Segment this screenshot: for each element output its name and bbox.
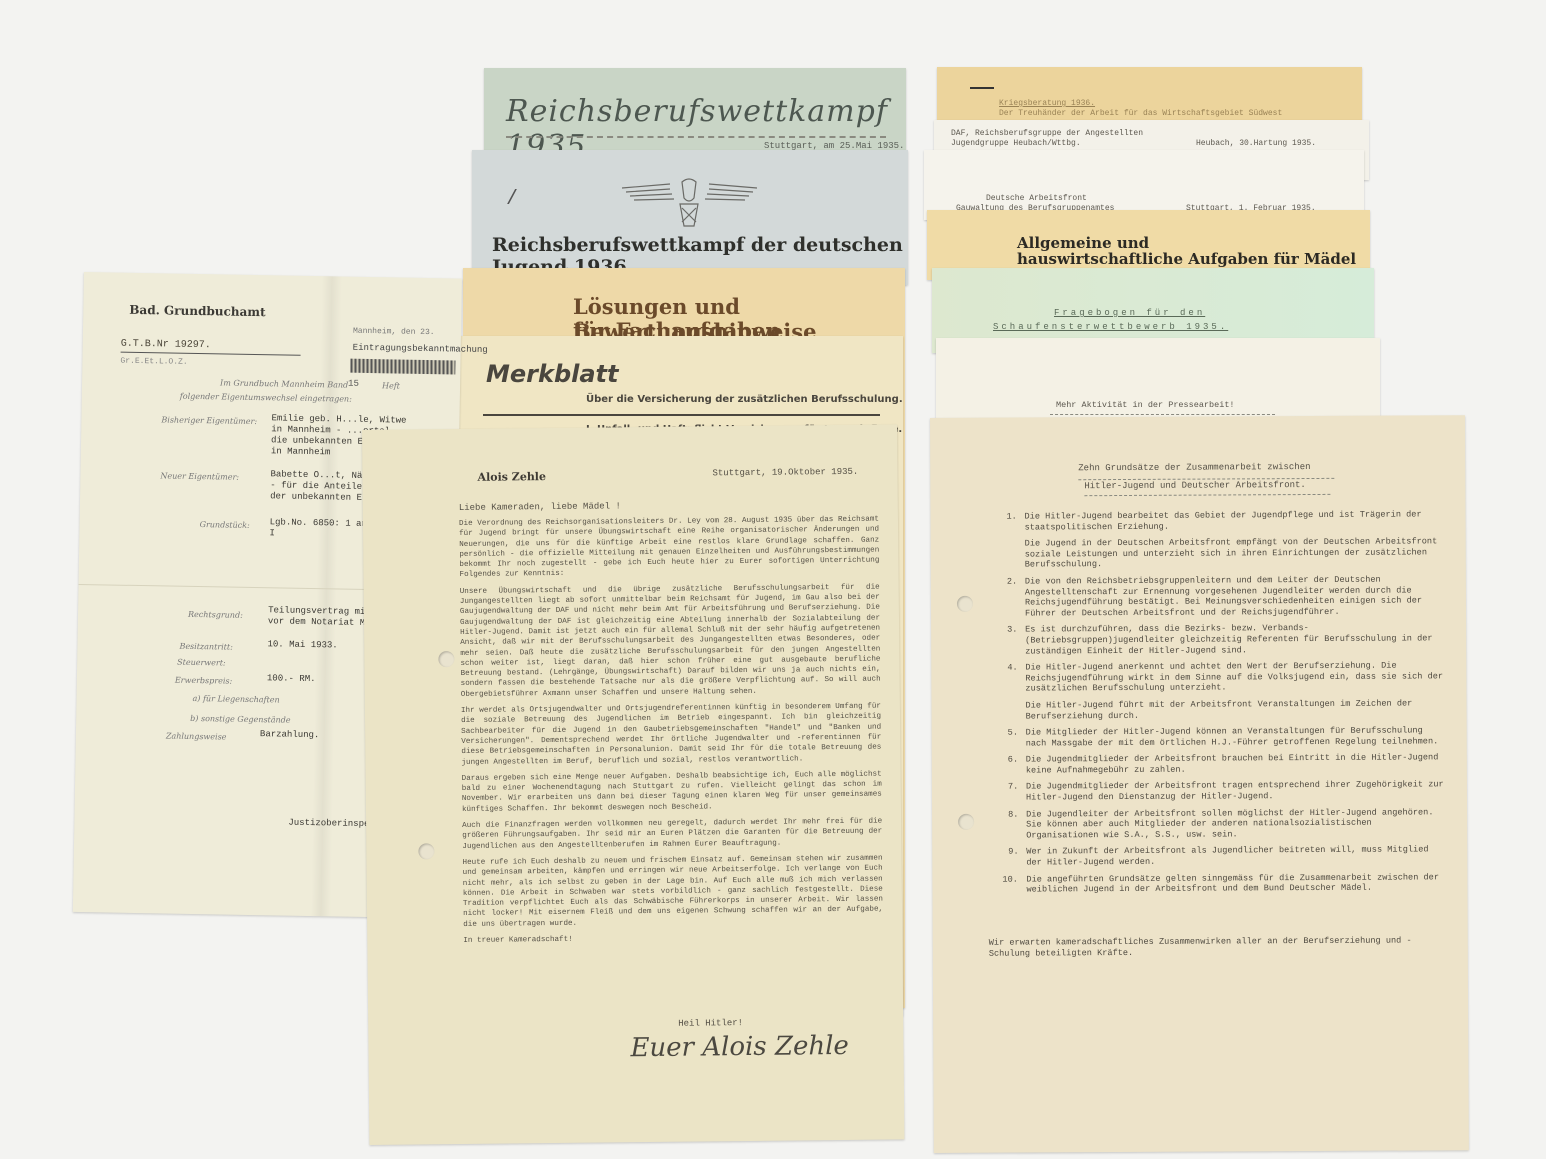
- field-row: Rechtsgrund: Teilungsvertrag mit Auf vor…: [84, 272, 462, 279]
- place-date: Stuttgart, 19.Oktober 1935.: [712, 467, 858, 479]
- field-value: Barzahlung.: [260, 729, 320, 740]
- field-row: Zahlungsweise Barzahlung.: [84, 272, 462, 279]
- title-line-1: Fragebogen für den: [1054, 308, 1205, 318]
- paragraph: Unsere Übungswirtschaft und die übrige z…: [460, 582, 881, 700]
- reference-number: G.T.B.Nr 19297.: [121, 339, 301, 356]
- document-pressearbeit: Mehr Aktivität in der Pressearbeit!: [936, 338, 1380, 428]
- field-label: Bisheriger Eigentümer:: [161, 415, 257, 426]
- item-text: Die Hitler-Jugend bearbeitet das Gebiet …: [1024, 509, 1446, 532]
- item-text: Es ist durchzuführen, dass die Bezirks- …: [1025, 623, 1447, 657]
- field-label: Grundstück:: [200, 520, 250, 530]
- subtitle: Über die Versicherung der zusätzlichen B…: [586, 394, 903, 405]
- field-row: Besitzantritt: 10. Mai 1933.: [84, 272, 462, 279]
- field-row: Erwerbspreis: 100.- RM.: [84, 272, 462, 279]
- title-line-2: Schaufensterwettbewerb 1935.: [993, 322, 1228, 332]
- item-extra: Die Hitler-Jugend führt mit der Arbeitsf…: [1025, 698, 1447, 721]
- field-row: Grundstück: Lgb.No. 6850: 1 ar 98 q I: [84, 272, 462, 279]
- principle-item: 7. Die Jugendmitglieder der Arbeitsfront…: [1008, 780, 1448, 803]
- item-number: 7.: [1008, 782, 1026, 803]
- item-number: 9.: [1008, 847, 1026, 868]
- sender-line-1: Deutsche Arbeitsfront: [986, 194, 1087, 203]
- paragraph: Daraus ergeben sich eine Menge neuer Auf…: [462, 769, 882, 815]
- sender: Alois Zehle: [477, 470, 546, 484]
- item-text: Die Jugendleiter der Arbeitsfront sollen…: [1026, 807, 1448, 841]
- stamp-block: [350, 359, 455, 375]
- item-number: 5.: [1008, 728, 1026, 749]
- signature: Euer Alois Zehle: [630, 1031, 849, 1063]
- intro-line-2: folgender Eigentumswechsel eingetragen:: [180, 392, 352, 404]
- item-number: 6.: [1008, 755, 1026, 776]
- pencil-mark: [970, 87, 994, 89]
- heading: Kriegsberatung 1936.: [999, 99, 1095, 108]
- pencil-mark: /: [506, 188, 518, 211]
- title-line-1: Zehn Grundsätze der Zusammenarbeit zwisc…: [1078, 462, 1310, 473]
- item-text: Die angeführten Grundsätze gelten sinnge…: [1026, 872, 1448, 895]
- title-line-2: hauswirtschaftliche Aufgaben für Mädel: [1017, 250, 1356, 268]
- item-text: Die Hitler-Jugend anerkennt und achtet d…: [1025, 660, 1447, 694]
- title-underline: [1050, 414, 1275, 415]
- punch-hole: [957, 596, 973, 612]
- date-label: Mannheim, den 23.: [353, 327, 435, 337]
- principle-item: 1. Die Hitler-Jugend bearbeitet das Gebi…: [1006, 509, 1446, 570]
- field-label: b) sonstige Gegenstände: [190, 714, 291, 725]
- principle-item: 9. Wer in Zukunft der Arbeitsfront als J…: [1008, 845, 1448, 868]
- closing-statement: Wir erwarten kameradschaftliches Zusamme…: [989, 935, 1449, 959]
- item-text: Die Jugendmitglieder der Arbeitsfront br…: [1026, 753, 1448, 776]
- document-title: Merkblatt: [486, 360, 619, 388]
- notice-title: Eintragungsbekanntmachung: [353, 343, 488, 355]
- paragraph: Ihr werdet als Ortsjugendwalter und Orts…: [461, 702, 882, 768]
- title-divider: [1084, 494, 1330, 496]
- letter-body: Die Verordnung des Reichsorganisationsle…: [459, 515, 884, 953]
- principle-item: 10. Die angeführten Grundsätze gelten si…: [1008, 872, 1448, 895]
- document-rbwk-1936: / Reichsberufswettkampf der deutschen Ju…: [472, 150, 908, 285]
- field-label: a) für Liegenschaften: [192, 694, 279, 705]
- field-row: Bisheriger Eigentümer: Emilie geb. H...l…: [84, 272, 462, 279]
- item-number: 4.: [1007, 663, 1025, 722]
- title-line-2: Hitler-Jugend und Deutscher Arbeitsfront…: [1084, 480, 1305, 491]
- reference-sub: Gr.E.Et.L.O.Z.: [120, 357, 187, 367]
- field-row: Neuer Eigentümer: Babette O...t, Näher -…: [84, 272, 462, 279]
- item-number: 8.: [1008, 809, 1026, 841]
- item-text: Die von den Reichsbetriebsgruppenleitern…: [1025, 574, 1447, 619]
- principles-list: 1. Die Hitler-Jugend bearbeitet das Gebi…: [1006, 509, 1448, 901]
- field-value: 10. Mai 1933.: [267, 639, 337, 650]
- sender-line-2: Jugendgruppe Heubach/Wttbg.: [951, 139, 1081, 148]
- punch-hole: [958, 814, 974, 830]
- office-name: Bad. Grundbuchamt: [129, 303, 265, 319]
- principle-item: 4. Die Hitler-Jugend anerkennt und achte…: [1007, 660, 1447, 721]
- item-number: 3.: [1007, 625, 1025, 657]
- heft-label: Heft: [382, 381, 400, 390]
- item-text: Wer in Zukunft der Arbeitsfront als Juge…: [1026, 845, 1448, 868]
- band-number: 15: [348, 379, 359, 389]
- field-row: Steuerwert:: [84, 272, 462, 279]
- item-number: 1.: [1006, 512, 1024, 571]
- punch-hole: [438, 651, 454, 667]
- paragraph: Heute rufe ich Euch deshalb zu neuem und…: [462, 853, 883, 929]
- field-label: Steuerwert:: [177, 658, 226, 668]
- title-divider: [506, 136, 886, 138]
- principle-item: 8. Die Jugendleiter der Arbeitsfront sol…: [1008, 807, 1448, 841]
- greeting: Heil Hitler!: [678, 1018, 743, 1029]
- field-label: Erwerbspreis:: [175, 676, 232, 686]
- field-label: Rechtsgrund:: [188, 610, 243, 620]
- item-text: Die Jugendmitglieder der Arbeitsfront tr…: [1026, 780, 1448, 803]
- item-extra: Die Jugend in der Deutschen Arbeitsfront…: [1025, 536, 1447, 570]
- item-text: Die Mitglieder der Hitler-Jugend können …: [1026, 725, 1448, 748]
- subheading: Der Treuhänder der Arbeit für das Wirtsc…: [999, 109, 1282, 118]
- intro-line-1: Im Grundbuch Mannheim Band: [220, 378, 348, 389]
- document-zehle-letter: Alois Zehle Stuttgart, 19.Oktober 1935. …: [362, 424, 904, 1145]
- principle-item: 5. Die Mitglieder der Hitler-Jugend könn…: [1008, 725, 1448, 748]
- place-date: Heubach, 30.Hartung 1935.: [1196, 139, 1316, 148]
- item-number: 10.: [1002, 874, 1026, 895]
- principle-item: 6. Die Jugendmitglieder der Arbeitsfront…: [1008, 753, 1448, 776]
- paragraph: Auch die Finanzfragen werden vollkommen …: [462, 817, 882, 852]
- document-title: Mehr Aktivität in der Pressearbeit!: [1056, 400, 1235, 410]
- eagle-emblem-icon: [622, 178, 757, 228]
- field-label: Besitzantritt:: [179, 642, 233, 652]
- closing: In treuer Kameradschaft!: [463, 932, 883, 947]
- item-number: 2.: [1007, 576, 1025, 618]
- field-label: Neuer Eigentümer:: [160, 471, 239, 481]
- field-value: 100.- RM.: [267, 673, 316, 684]
- punch-hole: [418, 843, 434, 859]
- divider: [483, 414, 880, 416]
- sender-line-1: DAF, Reichsberufsgruppe der Angestellten: [951, 129, 1143, 138]
- principle-item: 2. Die von den Reichsbetriebsgruppenleit…: [1007, 574, 1447, 619]
- paragraph: Die Verordnung des Reichsorganisationsle…: [459, 515, 880, 581]
- document-zehn-grundsaetze: Zehn Grundsätze der Zusammenarbeit zwisc…: [930, 415, 1469, 1153]
- principle-item: 3. Es ist durchzuführen, dass die Bezirk…: [1007, 623, 1447, 657]
- field-label: Zahlungsweise: [166, 732, 227, 742]
- salutation: Liebe Kameraden, liebe Mädel !: [459, 501, 621, 513]
